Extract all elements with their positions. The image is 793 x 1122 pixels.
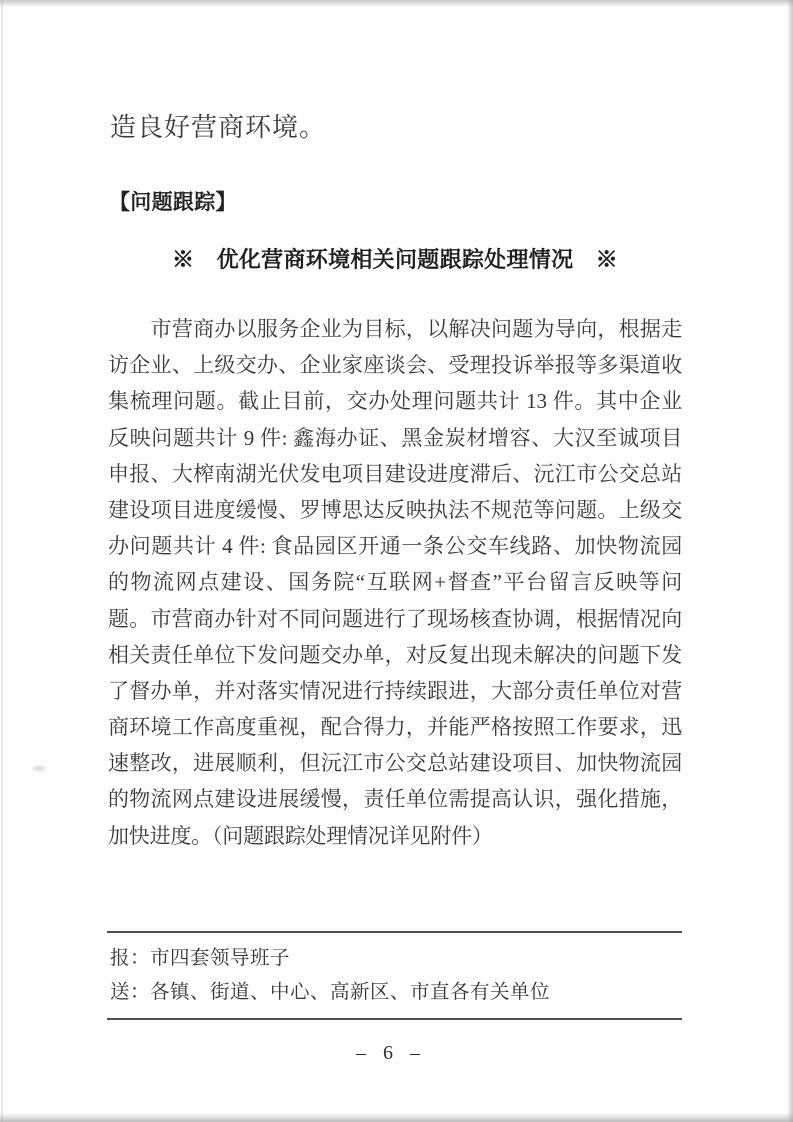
send-distribution-line: 送：各镇、街道、中心、高新区、市直各有关单位 bbox=[110, 982, 550, 1003]
body-line: 市营商办以服务企业为目标，以解决问题为导向，根据走 bbox=[108, 311, 682, 347]
distribution-rule-bottom bbox=[107, 1018, 682, 1020]
scan-edge-top bbox=[0, 0, 793, 7]
body-line: 建设项目进度缓慢、罗博思达反映执法不规范等问题。上级交 bbox=[108, 492, 682, 528]
body-line: 申报、大榨南湖光伏发电项目建设进度滞后、沅江市公交总站 bbox=[108, 456, 682, 492]
body-line: 相关责任单位下发问题交办单，对反复出现未解决的问题下发 bbox=[108, 637, 682, 673]
page-title: ※ 优化营商环境相关问题跟踪处理情况 ※ bbox=[108, 246, 682, 274]
distribution-rule-top bbox=[107, 931, 682, 933]
scan-edge-left bbox=[1, 0, 4, 1122]
body-paragraph: 市营商办以服务企业为目标，以解决问题为导向，根据走访企业、上级交办、企业家座谈会… bbox=[108, 311, 682, 854]
body-line: 题。市营商办针对不同问题进行了现场核查协调，根据情况向 bbox=[108, 601, 682, 637]
scan-edge-right bbox=[787, 0, 793, 1122]
report-distribution-line: 报：市四套领导班子 bbox=[110, 948, 290, 969]
body-line: 了督办单，并对落实情况进行持续跟进，大部分责任单位对营 bbox=[108, 673, 682, 709]
body-line: 访企业、上级交办、企业家座谈会、受理投诉举报等多渠道收 bbox=[108, 347, 682, 383]
document-page: 造良好营商环境。 【问题跟踪】 ※ 优化营商环境相关问题跟踪处理情况 ※ 市营商… bbox=[0, 0, 793, 1122]
body-line: 反映问题共计 9 件: 鑫海办证、黑金炭材增容、大汉至诚项目 bbox=[108, 420, 682, 456]
body-line: 商环境工作高度重视，配合得力，并能严格按照工作要求，迅 bbox=[108, 709, 682, 745]
continuation-line: 造良好营商环境。 bbox=[110, 114, 326, 143]
scan-smudge-artifact bbox=[32, 765, 46, 772]
body-line: 的物流网点建设进展缓慢，责任单位需提高认识，强化措施， bbox=[108, 781, 682, 817]
page-number: – 6 – bbox=[104, 1042, 678, 1065]
section-marker: 【问题跟踪】 bbox=[109, 191, 237, 215]
scan-edge-bottom bbox=[0, 1113, 793, 1122]
body-line: 的物流网点建设、国务院“互联网+督查”平台留言反映等问 bbox=[108, 564, 682, 600]
body-line: 集梳理问题。截止目前，交办处理问题共计 13 件。其中企业 bbox=[108, 383, 682, 419]
body-line: 加快进度。（问题跟踪处理情况详见附件） bbox=[108, 818, 682, 854]
body-line: 办问题共计 4 件: 食品园区开通一条公交车线路、加快物流园 bbox=[108, 528, 682, 564]
body-line: 速整改，进展顺利，但沅江市公交总站建设项目、加快物流园 bbox=[108, 745, 682, 781]
